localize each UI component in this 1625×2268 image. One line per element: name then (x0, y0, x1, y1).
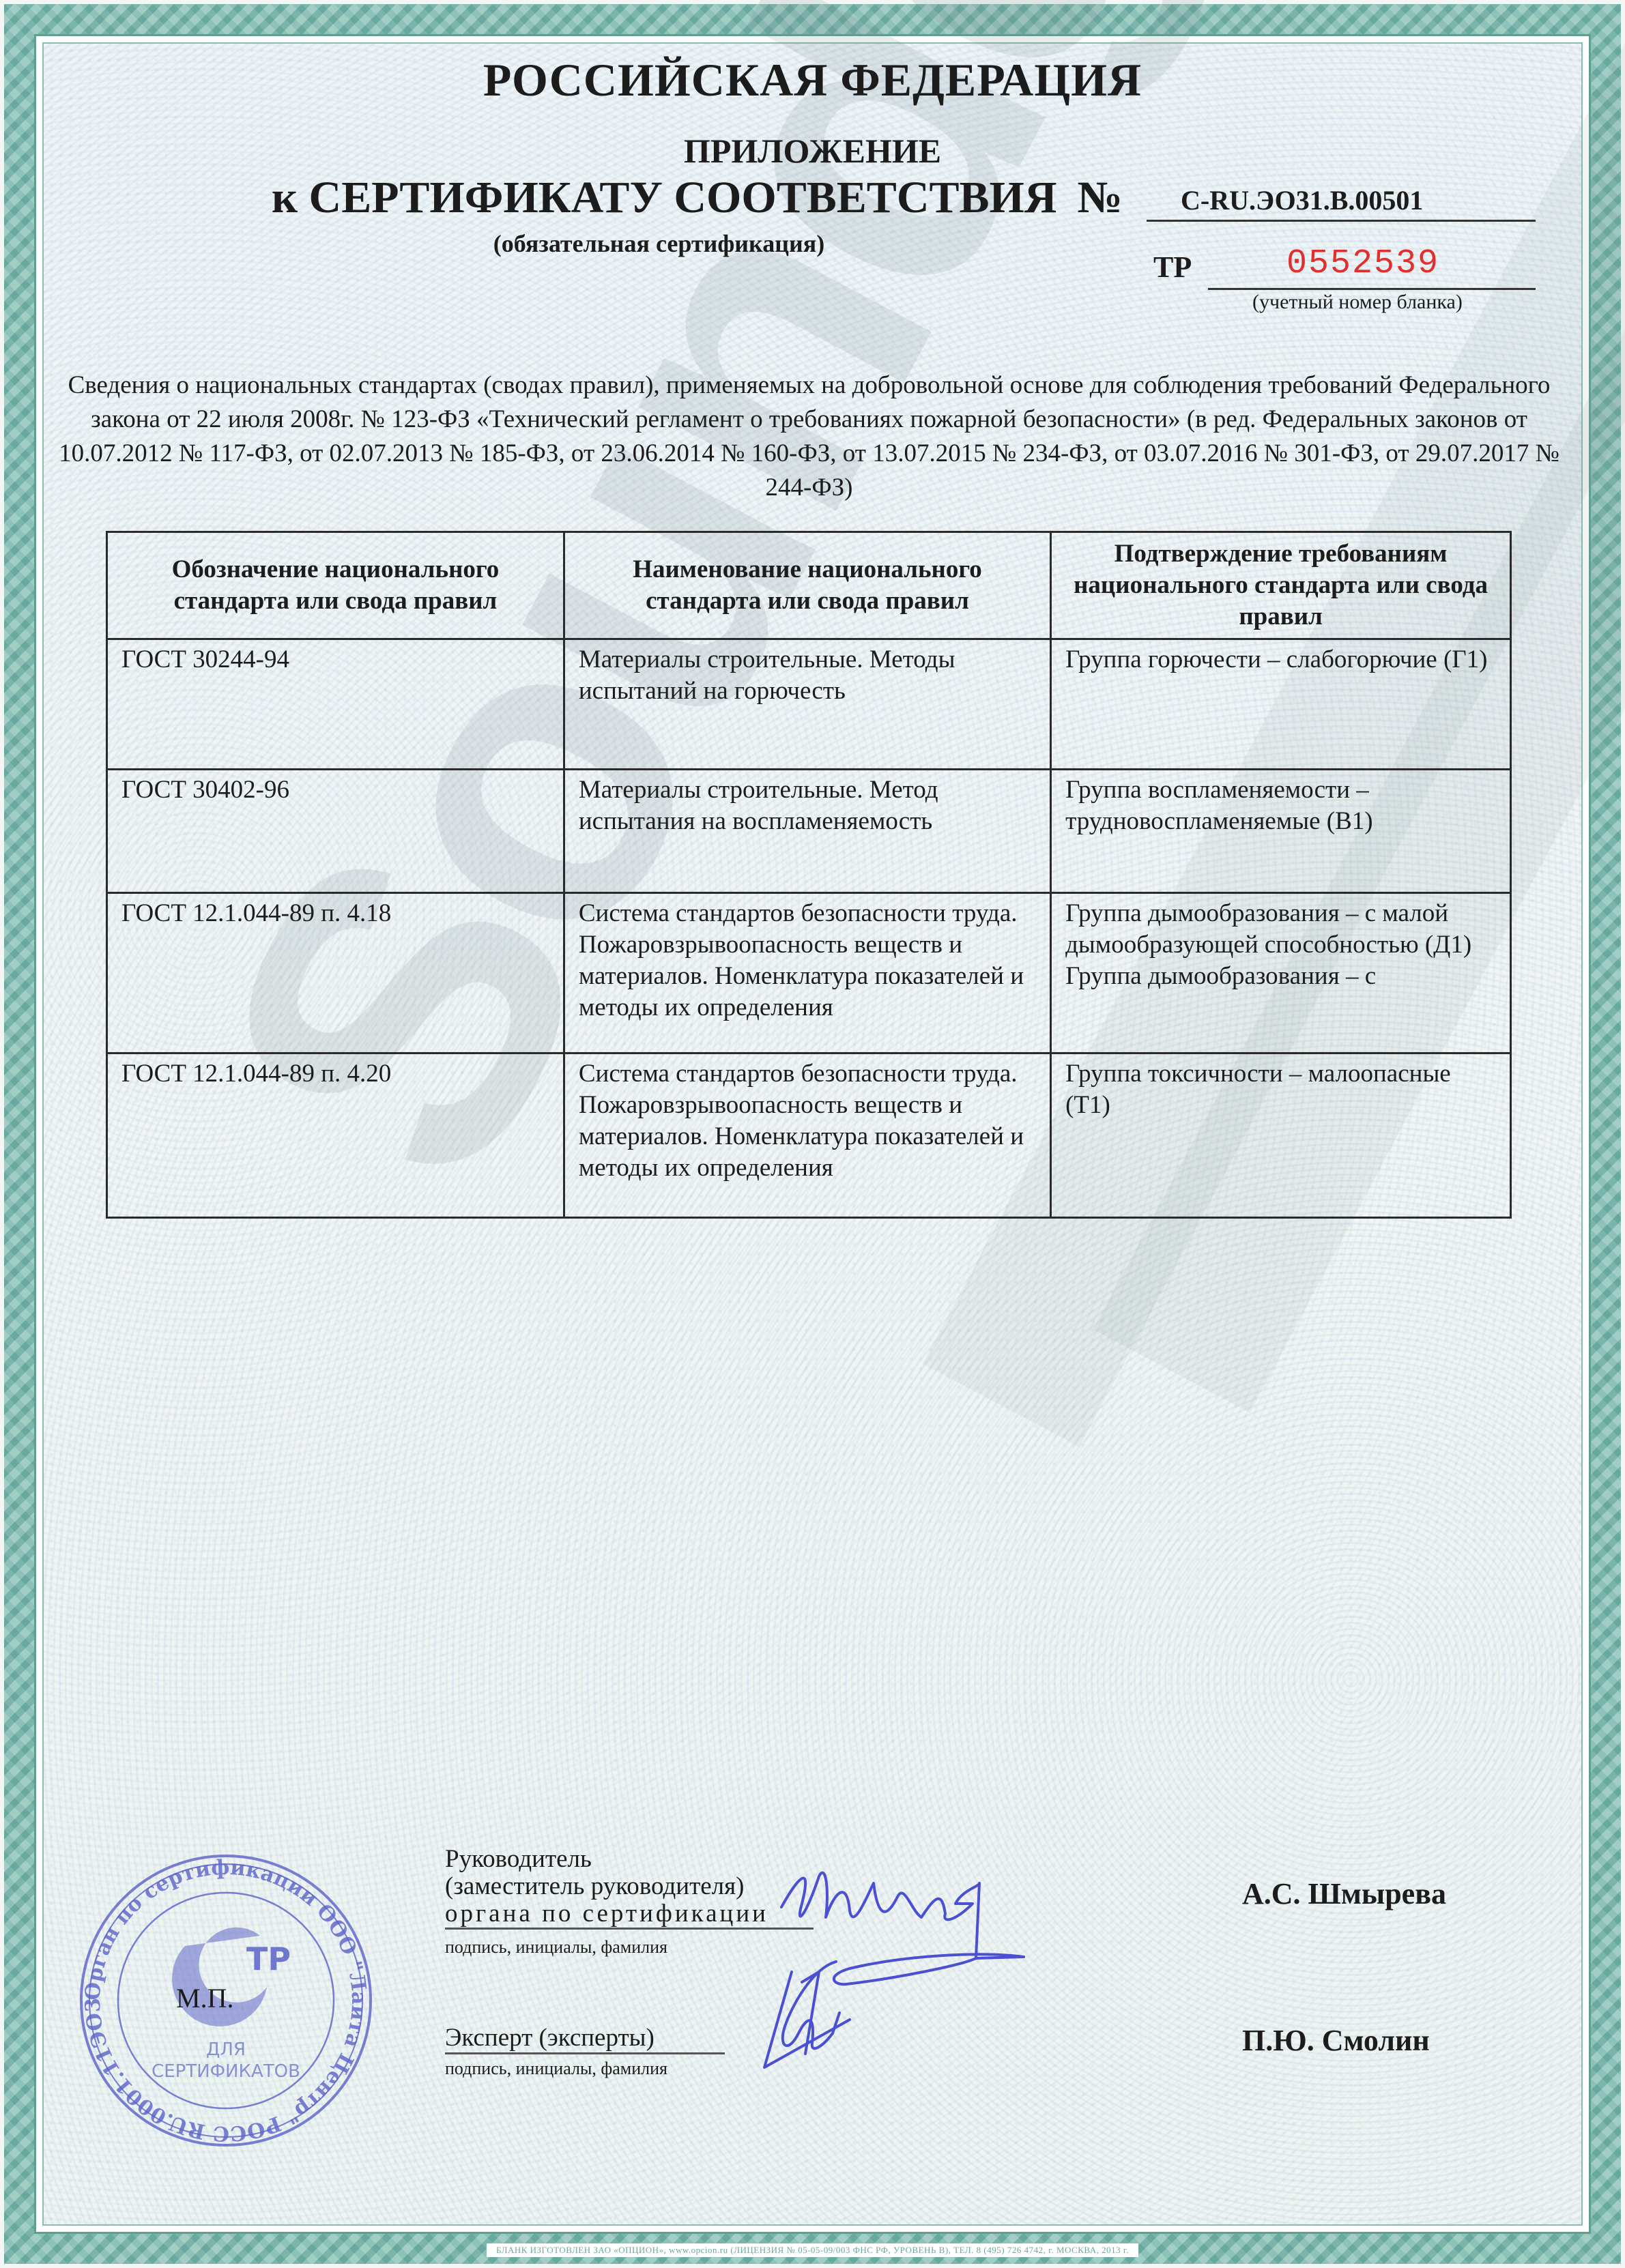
country-heading: РОССИЙСКАЯ ФЕДЕРАЦИЯ (0, 53, 1625, 107)
certificate-title-text: к СЕРТИФИКАТУ СООТВЕТСТВИЯ (272, 173, 1057, 222)
standards-table: Обозначение национального стандарта или … (106, 531, 1512, 1219)
expert-signature-block: Эксперт (эксперты) подпись, инициалы, фа… (445, 2023, 725, 2079)
cell-designation: ГОСТ 12.1.044-89 п. 4.20 (107, 1053, 564, 1218)
seal-center-line1: ДЛЯ (206, 2039, 246, 2060)
table-row: ГОСТ 30244-94 Материалы строительные. Ме… (107, 639, 1511, 770)
number-sign: № (1078, 173, 1123, 222)
expert-title: Эксперт (эксперты) (445, 2023, 725, 2054)
seal-center-line2: СЕРТИФИКАТОВ (152, 2061, 300, 2082)
cell-designation: ГОСТ 12.1.044-89 п. 4.18 (107, 893, 564, 1053)
blank-number-caption: (учетный номер бланка) (1252, 291, 1463, 314)
confirmation-text: Группа дымообразования – с малой дымообр… (1065, 898, 1496, 961)
table-row: ГОСТ 12.1.044-89 п. 4.20 Система стандар… (107, 1053, 1511, 1218)
certificate-number: C-RU.ЭО31.В.00501 (1181, 184, 1423, 216)
header-designation: Обозначение национального стандарта или … (107, 532, 564, 639)
cell-confirmation: Группа горючести – слабогорючие (Г1) (1051, 639, 1511, 770)
footer-strip: БЛАНК ИЗГОТОВЛЕН ЗАО «ОПЦИОН», www.opcio… (0, 2234, 1625, 2261)
head-name: А.С. Шмырева (1242, 1876, 1446, 1911)
signature-caption: подпись, инициалы, фамилия (445, 2059, 725, 2079)
cell-name: Материалы строительные. Метод испытания … (564, 770, 1050, 893)
expert-name: П.Ю. Смолин (1242, 2023, 1430, 2058)
confirmation-extra-text: Группа дымообразования – с (1065, 961, 1496, 992)
printer-info: БЛАНК ИЗГОТОВЛЕН ЗАО «ОПЦИОН», www.opcio… (487, 2243, 1138, 2257)
cell-name: Система стандартов безопасности труда. П… (564, 893, 1050, 1053)
table-header-row: Обозначение национального стандарта или … (107, 532, 1511, 639)
handwritten-signatures (737, 1849, 1256, 2095)
header-name: Наименование национального стандарта или… (564, 532, 1050, 639)
seal-logo-text: ТР (246, 1940, 291, 1977)
blank-number: 0552539 (1286, 244, 1439, 283)
table-row: ГОСТ 12.1.044-89 п. 4.18 Система стандар… (107, 893, 1511, 1053)
cell-confirmation: Группа воспламеняемости – трудновоспламе… (1051, 770, 1511, 893)
cell-name: Материалы строительные. Методы испытаний… (564, 639, 1050, 770)
tr-label: ТР (1153, 250, 1192, 285)
cell-confirmation: Группа дымообразования – с малой дымообр… (1051, 893, 1511, 1053)
certification-type: (обязательная сертификация) (0, 229, 1318, 258)
cell-name: Система стандартов безопасности труда. П… (564, 1053, 1050, 1218)
annex-heading: ПРИЛОЖЕНИЕ (0, 131, 1625, 171)
intro-paragraph: Сведения о национальных стандартах (свод… (55, 368, 1564, 505)
table-row: ГОСТ 30402-96 Материалы строительные. Ме… (107, 770, 1511, 893)
seal-label: М.П. (176, 1982, 233, 2014)
certificate-title: к СЕРТИФИКАТУ СООТВЕТСТВИЯ№ (272, 172, 1123, 224)
header-confirmation: Подтверждение требованиям национального … (1051, 532, 1511, 639)
cell-designation: ГОСТ 30402-96 (107, 770, 564, 893)
cell-confirmation: Группа токсичности – малоопасные (Т1) (1051, 1053, 1511, 1218)
cell-designation: ГОСТ 30244-94 (107, 639, 564, 770)
